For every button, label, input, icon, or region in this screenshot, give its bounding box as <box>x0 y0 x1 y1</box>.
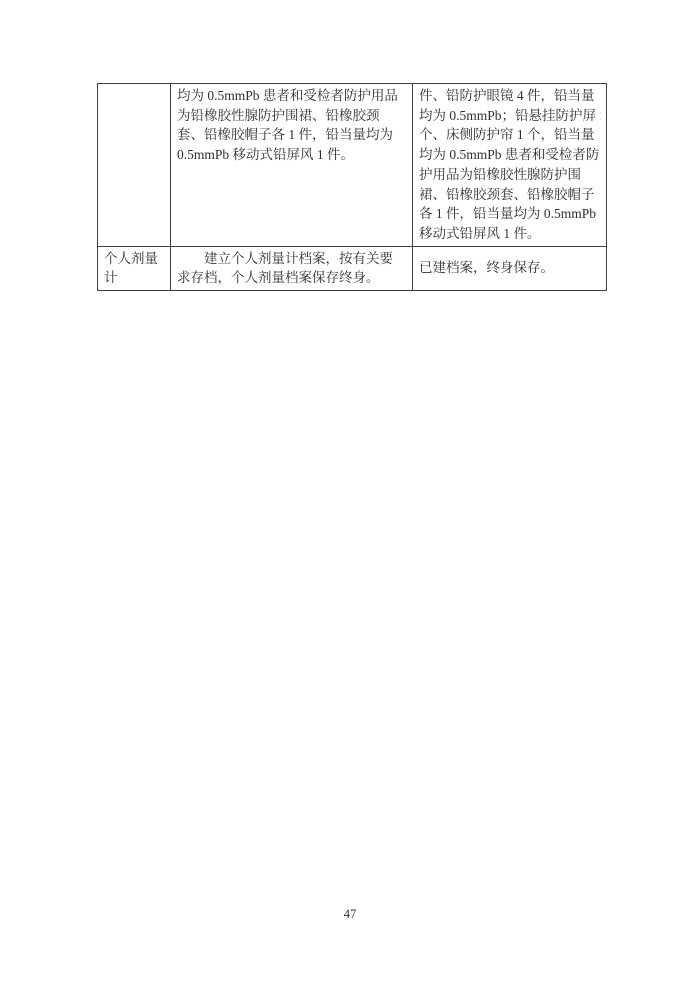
document-page: 均为 0.5mmPb 患者和受检者防护用品 为铅橡胶性腺防护围裙、铅橡胶颈 套、… <box>0 0 700 990</box>
status-text-line: 各 1 件，铅当量均为 0.5mmPb <box>419 204 601 224</box>
table-row: 个人剂量 计 建立个人剂量计档案，按有关要 求存档，个人剂量档案保存终身。 已建… <box>98 246 607 290</box>
row-label-text-line: 个人剂量 <box>104 249 165 269</box>
page-number: 47 <box>0 907 700 922</box>
requirement-cell: 均为 0.5mmPb 患者和受检者防护用品 为铅橡胶性腺防护围裙、铅橡胶颈 套、… <box>171 84 413 247</box>
status-text-line: 已建档案，终身保存。 <box>419 258 601 278</box>
table-row: 均为 0.5mmPb 患者和受检者防护用品 为铅橡胶性腺防护围裙、铅橡胶颈 套、… <box>98 84 607 247</box>
status-text-line: 移动式铅屏风 1 件。 <box>419 224 601 244</box>
protection-equipment-table: 均为 0.5mmPb 患者和受检者防护用品 为铅橡胶性腺防护围裙、铅橡胶颈 套、… <box>97 83 607 291</box>
status-cell: 已建档案，终身保存。 <box>413 246 607 290</box>
status-text-line: 个、床侧防护帘 1 个，铅当量 <box>419 125 601 145</box>
status-text-line: 件、铅防护眼镜 4 件，铅当量 <box>419 86 601 106</box>
status-text-line: 均为 0.5mmPb；铅悬挂防护屏 1 <box>419 106 601 126</box>
requirement-text-line: 套、铅橡胶帽子各 1 件，铅当量均为 <box>177 125 407 145</box>
status-text-line: 护用品为铅橡胶性腺防护围 <box>419 165 601 185</box>
status-text-line: 裙、铅橡胶颈套、铅橡胶帽子 <box>419 185 601 205</box>
requirement-text-line: 为铅橡胶性腺防护围裙、铅橡胶颈 <box>177 106 407 126</box>
requirement-text-line: 建立个人剂量计档案，按有关要 <box>177 249 407 269</box>
requirement-text-line: 求存档，个人剂量档案保存终身。 <box>177 268 407 288</box>
status-text-line: 均为 0.5mmPb 患者和受检者防 <box>419 145 601 165</box>
requirement-text-line: 0.5mmPb 移动式铅屏风 1 件。 <box>177 145 407 165</box>
status-cell: 件、铅防护眼镜 4 件，铅当量 均为 0.5mmPb；铅悬挂防护屏 1 个、床侧… <box>413 84 607 247</box>
requirement-cell: 建立个人剂量计档案，按有关要 求存档，个人剂量档案保存终身。 <box>171 246 413 290</box>
row-label-cell <box>98 84 171 247</box>
row-label-text-line: 计 <box>104 268 165 288</box>
row-label-cell: 个人剂量 计 <box>98 246 171 290</box>
requirement-text-line: 均为 0.5mmPb 患者和受检者防护用品 <box>177 86 407 106</box>
